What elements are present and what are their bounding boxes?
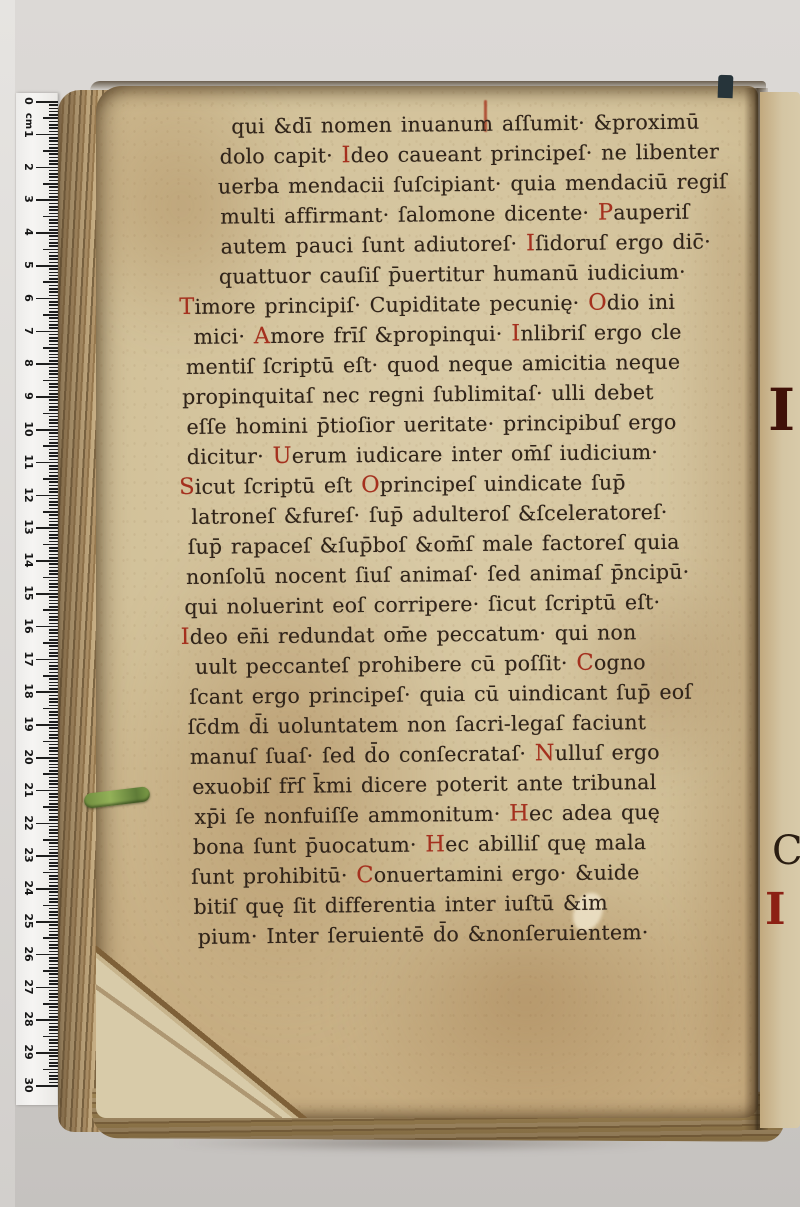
line-text: nlibriſ ergo cle (520, 320, 681, 346)
ruler-tick (49, 911, 58, 913)
ruler-tick (49, 160, 58, 162)
ruler-tick (36, 724, 58, 726)
ruler-tick (36, 560, 58, 562)
ruler-number: 5 (21, 255, 35, 275)
background-light-strip (0, 0, 15, 1207)
ruler-tick (49, 826, 58, 828)
ruler-tick (49, 242, 58, 244)
rubric-initial: O (588, 290, 607, 316)
ruler-tick (49, 721, 58, 723)
ruler-number: 16 (21, 616, 35, 636)
rubric-initial: I (181, 624, 190, 650)
ruler-tick (49, 665, 58, 667)
ruler-tick (49, 350, 58, 352)
ruler-tick (49, 1013, 58, 1015)
line-text: ſcant ergo principeſ· quia cū uindicant … (189, 680, 692, 709)
ruler-tick (49, 419, 58, 421)
ruler-tick (43, 281, 58, 283)
ruler-number: 23 (21, 845, 35, 865)
ruler-tick (49, 829, 58, 831)
rubric-initial: H (425, 831, 445, 857)
ruler-tick (49, 1000, 58, 1002)
ruler-tick (49, 793, 58, 795)
ruler-number: 14 (21, 550, 35, 570)
ruler-tick (36, 757, 58, 759)
ruler-tick (49, 973, 58, 975)
line-text: ſunt prohibitū· (191, 863, 356, 889)
ruler-tick (43, 937, 58, 939)
ruler-tick (36, 527, 58, 529)
ruler-tick (49, 796, 58, 798)
ruler-tick (49, 931, 58, 933)
ruler-number: 27 (21, 977, 35, 997)
ruler-tick (49, 983, 58, 985)
ruler-tick (49, 819, 58, 821)
ruler-tick (43, 544, 58, 546)
ruler-tick (49, 541, 58, 543)
ruler-tick (49, 747, 58, 749)
ruler-tick (49, 895, 58, 897)
ruler-tick (49, 606, 58, 608)
ruler-tick (49, 501, 58, 503)
ruler-number: 26 (21, 944, 35, 964)
ruler-tick (49, 442, 58, 444)
ruler-tick (49, 409, 58, 411)
manuscript-photograph: qui &dī nomen inuanum aſſumit· &proximūd… (0, 0, 800, 1207)
ruler-tick (49, 655, 58, 657)
ruler-tick (49, 131, 58, 133)
ruler-number: 6 (21, 288, 35, 308)
ruler-tick (49, 770, 58, 772)
ruler-tick (49, 196, 58, 198)
text-block: qui &dī nomen inuanum aſſumit· &proximūd… (175, 106, 758, 952)
ruler-tick (49, 108, 58, 110)
ruler-tick (49, 534, 58, 536)
ruler-number: 24 (21, 878, 35, 898)
ruler-tick (49, 652, 58, 654)
ruler-tick (49, 360, 58, 362)
ruler-tick (49, 1006, 58, 1008)
ruler-tick (43, 478, 58, 480)
ruler-tick (49, 662, 58, 664)
ruler-tick (49, 901, 58, 903)
line-text: multi affirmant· ſalomone dicente· (220, 201, 598, 229)
ruler-number: 9 (21, 386, 35, 406)
ruler-tick (49, 370, 58, 372)
ruler-tick (49, 124, 58, 126)
line-text: ſup̄ rapaceſ &ſup̄boſ &om̄ſ male factore… (188, 530, 680, 559)
ruler-tick (49, 1023, 58, 1025)
ruler-tick (49, 321, 58, 323)
ruler-number: 12 (21, 485, 35, 505)
ruler-tick (49, 1010, 58, 1012)
ruler-tick (43, 806, 58, 808)
rubric-initial: P (598, 199, 614, 225)
ruler-tick (43, 872, 58, 874)
ruler-number: 7 (21, 321, 35, 341)
ruler-tick (49, 308, 58, 310)
ruler-tick (49, 1029, 58, 1031)
ruler-tick (36, 396, 58, 398)
ruler-tick (49, 964, 58, 966)
ruler-tick (49, 688, 58, 690)
ruler-tick (36, 659, 58, 661)
ruler-tick (36, 691, 58, 693)
line-text: dolo capit· (220, 143, 342, 168)
line-text: onuertamini ergo· &uide (374, 860, 640, 887)
ruler-tick (43, 970, 58, 972)
ruler-number: 19 (21, 714, 35, 734)
ruler-tick (49, 616, 58, 618)
ruler-tick (49, 977, 58, 979)
ruler-tick (49, 727, 58, 729)
ruler-tick (49, 354, 58, 356)
ruler-tick (49, 563, 58, 565)
ruler-tick (49, 767, 58, 769)
ruler-tick (49, 944, 58, 946)
ruler-tick (49, 869, 58, 871)
rubric-initial: C (356, 862, 374, 888)
ruler-tick (49, 157, 58, 159)
ruler-tick (49, 1033, 58, 1035)
ruler-tick (49, 213, 58, 215)
ruler-tick (49, 803, 58, 805)
ruler-tick (43, 445, 58, 447)
ruler-tick (49, 875, 58, 877)
ruler-tick (36, 888, 58, 890)
manuscript-line: ſcant ergo principeſ· quia cū uindicant … (189, 676, 758, 712)
ruler-tick (49, 554, 58, 556)
line-text: manuſ ſuaſ· ſed d̄o conſecrataſ· (190, 741, 535, 769)
ruler-tick (49, 432, 58, 434)
rubric-initial: U (272, 443, 291, 469)
ruler-tick (49, 291, 58, 293)
ruler-tick (49, 311, 58, 313)
ruler-tick (49, 928, 58, 930)
ruler-tick (49, 459, 58, 461)
manuscript-book: qui &dī nomen inuanum aſſumit· &proximūd… (58, 80, 800, 1142)
line-text: bona ſunt p̄uocatum· (193, 832, 426, 858)
ruler-tick (49, 783, 58, 785)
line-text: ulluſ ergo (555, 740, 660, 765)
line-text: quattuor cauſiſ p̄uertitur humanū iudici… (219, 260, 686, 289)
rubric-initial: H (509, 800, 529, 826)
ruler-tick (43, 708, 58, 710)
ruler-tick (49, 386, 58, 388)
manuscript-line: mentiſ ſcriptū eſt· quod neque amicitia … (186, 346, 758, 382)
ruler-tick (49, 957, 58, 959)
ruler-tick (49, 406, 58, 408)
ruler-tick (36, 429, 58, 431)
ruler-tick (49, 324, 58, 326)
ruler-number: 30 (21, 1075, 35, 1095)
ruler-tick (49, 278, 58, 280)
ruler-tick (49, 777, 58, 779)
ruler-tick (36, 199, 58, 201)
ruler-tick (36, 921, 58, 923)
line-text: ogno (594, 650, 646, 675)
ruler-tick (49, 524, 58, 526)
ruler-number: 29 (21, 1042, 35, 1062)
ruler-tick (49, 367, 58, 369)
ruler-tick (49, 245, 58, 247)
ruler-tick (49, 918, 58, 920)
ruler-tick (49, 186, 58, 188)
ruler-tick (49, 550, 58, 552)
ruler-tick (49, 583, 58, 585)
line-text: deo en̄i redundat om̄e peccatum· qui non (190, 620, 637, 649)
ruler-tick (49, 1078, 58, 1080)
line-text: nonſolū nocent ſiuſ animaſ· ſed animaſ p… (186, 560, 690, 589)
ruler-number: 11 (21, 452, 35, 472)
ruler-tick (49, 1075, 58, 1077)
line-text: eſſe homini p̄tioſior ueritate· principi… (186, 410, 676, 439)
line-text: ſc̄dm d̄i uoluntatem non ſacri-legaſ fac… (188, 710, 647, 739)
rubric-initial: N (535, 740, 555, 766)
ruler-tick (49, 399, 58, 401)
ruler-tick (49, 193, 58, 195)
ruler-number: 17 (21, 649, 35, 669)
ruler-tick (36, 232, 58, 234)
line-text: autem pauci ſunt adiutoreſ· (220, 231, 526, 258)
ruler-tick (49, 518, 58, 520)
manuscript-page: qui &dī nomen inuanum aſſumit· &proximūd… (96, 86, 758, 1118)
ruler-tick (49, 852, 58, 854)
ruler-tick (36, 495, 58, 497)
ruler-tick (49, 521, 58, 523)
ruler-number: 13 (21, 517, 35, 537)
line-text: icut ſcriptū eſt (195, 473, 362, 499)
ruler-tick (36, 1019, 58, 1021)
ruler-tick (36, 462, 58, 464)
line-text: dicitur· (187, 444, 273, 469)
line-text: uerba mendacii ſuſcipiant· quia mendaciū… (218, 169, 727, 198)
ruler-number: 0 (21, 91, 35, 111)
ruler-tick (49, 1059, 58, 1061)
ruler-tick (43, 905, 58, 907)
rubric-initial: O (361, 472, 380, 498)
ruler-tick (49, 800, 58, 802)
ruler-tick (49, 1065, 58, 1067)
ruler-tick (49, 262, 58, 264)
ruler-tick (49, 304, 58, 306)
facing-page-rubric-fragment: I (765, 884, 786, 935)
ruler-unit-label: cm (22, 111, 34, 131)
ruler-tick (49, 547, 58, 549)
ruler-number: 22 (21, 813, 35, 833)
ruler-tick (49, 924, 58, 926)
ruler-tick (49, 603, 58, 605)
ruler-tick (49, 455, 58, 457)
ruler-tick (49, 475, 58, 477)
ruler-tick (36, 1085, 58, 1087)
ruler-tick (43, 609, 58, 611)
ruler-tick (49, 127, 58, 129)
ruler-tick (36, 265, 58, 267)
ruler-tick (49, 491, 58, 493)
ruler-tick (49, 390, 58, 392)
ruler-tick (36, 134, 58, 136)
ruler-tick (49, 750, 58, 752)
ruler-tick (49, 623, 58, 625)
ruler-tick (36, 167, 58, 169)
line-text: qui noluerint eoſ corripere· ſicut ſcrip… (184, 590, 660, 619)
ruler-tick (49, 744, 58, 746)
ruler-tick (43, 413, 58, 415)
ruler-tick (36, 823, 58, 825)
ruler-tick (43, 347, 58, 349)
ruler-tick (43, 117, 58, 119)
rubric-initial: A (254, 323, 271, 349)
line-text: xp̄i ſe nonfuiſſe ammonitum· (194, 802, 509, 829)
ruler-tick (49, 636, 58, 638)
ruler-tick (49, 1082, 58, 1084)
ruler-tick (49, 190, 58, 192)
ruler-tick (49, 832, 58, 834)
line-text: propinquitaſ nec regni ſublimitaſ· ulli … (182, 380, 654, 409)
ruler-tick (49, 173, 58, 175)
ruler-tick (49, 590, 58, 592)
ruler-tick (49, 268, 58, 270)
manuscript-line: eſſe homini p̄tioſior ueritate· principi… (186, 406, 758, 442)
ruler-tick (36, 790, 58, 792)
ruler-number: 25 (21, 911, 35, 931)
ruler-tick (49, 678, 58, 680)
ruler-tick (49, 891, 58, 893)
ruler-tick (43, 839, 58, 841)
ruler-tick (43, 314, 58, 316)
ruler-tick (49, 452, 58, 454)
ruler-tick (49, 645, 58, 647)
ruler-tick (43, 773, 58, 775)
ruler-tick (49, 619, 58, 621)
ruler-tick (49, 295, 58, 297)
ruler-tick (49, 573, 58, 575)
ruler-tick (43, 1036, 58, 1038)
facing-page-letter-fragment: C (772, 828, 800, 874)
ruler-tick (49, 629, 58, 631)
ruler-tick (49, 288, 58, 290)
ruler-tick (49, 285, 58, 287)
ruler-tick (49, 468, 58, 470)
line-text: ec adea quę (529, 800, 660, 825)
line-text: more frīſ &propinqui· (270, 322, 511, 349)
ruler-tick (43, 216, 58, 218)
ruler-tick (49, 465, 58, 467)
ruler-tick (49, 153, 58, 155)
rubric-initial: S (179, 474, 195, 500)
ruler-tick (49, 809, 58, 811)
ruler-number: 8 (21, 353, 35, 373)
ruler-tick (49, 514, 58, 516)
ruler-tick (49, 344, 58, 346)
ruler-tick (49, 537, 58, 539)
line-text: mentiſ ſcriptū eſt· quod neque amicitia … (186, 350, 681, 379)
ruler-tick (43, 577, 58, 579)
ruler-tick (49, 449, 58, 451)
ruler-tick (49, 504, 58, 506)
ruler-tick (49, 878, 58, 880)
ruler-tick (49, 327, 58, 329)
ruler-tick (49, 485, 58, 487)
ruler-tick (49, 813, 58, 815)
line-text: principeſ uindicate ſup̄ (380, 470, 626, 497)
ruler-tick (49, 393, 58, 395)
ruler-tick (49, 426, 58, 428)
ruler-tick (49, 422, 58, 424)
ruler-tick (43, 675, 58, 677)
ruler-tick (49, 255, 58, 257)
ruler-tick (49, 682, 58, 684)
ruler-tick (49, 481, 58, 483)
line-text: auperiſ (613, 200, 689, 225)
ruler-tick (49, 1072, 58, 1074)
ruler-tick (43, 249, 58, 251)
ruler-tick (49, 711, 58, 713)
ruler-tick (49, 340, 58, 342)
rubric-initial: I (341, 142, 350, 168)
ruler-tick (49, 226, 58, 228)
ruler-tick (49, 140, 58, 142)
ruler-tick (49, 176, 58, 178)
ruler-tick (36, 987, 58, 989)
ruler-tick (49, 209, 58, 211)
ruler-tick (49, 951, 58, 953)
ruler-tick (49, 104, 58, 106)
ruler-number: 10 (21, 419, 35, 439)
ruler-tick (49, 531, 58, 533)
ruler-tick (36, 954, 58, 956)
line-text: imore principiſ· Cupiditate pecunię· (194, 291, 588, 319)
ruler-tick (49, 649, 58, 651)
ruler-tick (43, 150, 58, 152)
ruler-tick (49, 908, 58, 910)
ruler-tick (43, 642, 58, 644)
ruler-tick (49, 111, 58, 113)
ruler-tick (43, 1003, 58, 1005)
ruler-tick (36, 363, 58, 365)
ruler-tick (49, 508, 58, 510)
ruler-tick (49, 685, 58, 687)
ruler-tick (49, 144, 58, 146)
ruler-tick (36, 593, 58, 595)
ruler-tick (49, 377, 58, 379)
ruler-tick (49, 137, 58, 139)
ruler-tick (49, 882, 58, 884)
ruler-tick (43, 380, 58, 382)
ruler-tick (49, 941, 58, 943)
ruler-tick (49, 596, 58, 598)
ruler-tick (49, 235, 58, 237)
ruler-tick (49, 301, 58, 303)
ruler-tick (49, 754, 58, 756)
ruler-tick (49, 570, 58, 572)
ruler-tick (49, 780, 58, 782)
ruler-tick (49, 498, 58, 500)
ruler-tick (49, 472, 58, 474)
ruler-tick (49, 357, 58, 359)
ruler-number: 3 (21, 189, 35, 209)
ruler-tick (49, 403, 58, 405)
ruler-tick (49, 219, 58, 221)
ruler-tick (49, 1046, 58, 1048)
line-text: bitiſ quę ſit differentia inter iuſtū &i… (193, 891, 608, 919)
ruler-tick (49, 859, 58, 861)
ruler-tick (49, 317, 58, 319)
ruler-number: 15 (21, 583, 35, 603)
ruler-tick (49, 1026, 58, 1028)
ruler-tick (49, 586, 58, 588)
